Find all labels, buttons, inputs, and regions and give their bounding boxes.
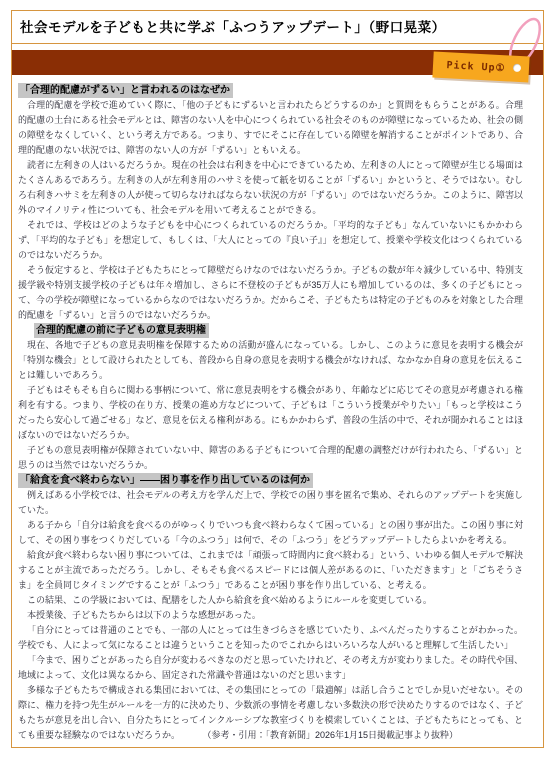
- paragraph: 給食が食べ終わらない困り事については、これまでは「頑張って時間内に食べ終わる」と…: [18, 548, 523, 593]
- paragraph: 現在、各地で子どもの意見表明権を保障するための活動が盛んになっている。しかし、こ…: [18, 338, 523, 383]
- paragraph: 例えばある小学校では、社会モデルの考え方を学んだ上で、学校での困り事を匿名で集め…: [18, 488, 523, 518]
- section-heading-row: 「給食を食べ終わらない」――困り事を作り出しているのは何か: [18, 473, 523, 488]
- section-heading: 「合理的配慮がずるい」と言われるのはなぜか: [18, 83, 233, 98]
- tag-hole-icon: [513, 64, 521, 72]
- citation: （参考・引用：「教育新聞」2026年1月15日掲載記事より抜粋）: [207, 730, 458, 740]
- paragraph: 子どもの意見表明権が保障されていない中、障害のある子どもについて合理的配慮の調整…: [18, 443, 523, 473]
- paragraph: 「自分にとっては普通のことでも、一部の人にとっては生きづらさを感じていたり、ふべ…: [18, 623, 523, 653]
- paragraph: この結果、この学級においては、配膳をした人から給食を食べ始めるようにルールを変更…: [18, 593, 523, 608]
- title-bar: 社会モデルを子どもと共に学ぶ「ふつうアップデート」（野口晃菜）: [12, 11, 543, 44]
- paragraph: ある子から「自分は給食を食べるのがゆっくりでいつも食べ終わらなくて困っている」と…: [18, 518, 523, 548]
- paragraph: 子どもはそもそも自らに関わる事柄について、常に意見表明をする機会があり、年齢など…: [18, 383, 523, 443]
- article-body: 「合理的配慮がずるい」と言われるのはなぜか 合理的配慮を学校で進めていく際に、「…: [12, 75, 543, 757]
- page-title: 社会モデルを子どもと共に学ぶ「ふつうアップデート」（野口晃菜）: [20, 19, 533, 37]
- section-heading: 合理的配慮の前に子どもの意見表明権: [34, 323, 209, 338]
- section-heading-row: 「合理的配慮がずるい」と言われるのはなぜか: [18, 83, 523, 98]
- paragraph: 「今まで、困りごとがあったら自分が変わるべきなのだと思っていたけれど、その考え方…: [18, 653, 523, 683]
- pickup-tag: Pick Up①: [432, 52, 529, 83]
- pickup-tag-label: Pick Up①: [446, 60, 516, 75]
- section-heading-row: 合理的配慮の前に子どもの意見表明権: [34, 323, 523, 338]
- paragraph: それでは、学校はどのような子どもを中心につくられているのだろうか。「平均的な子ど…: [18, 218, 523, 263]
- paragraph: 多様な子どもたちで構成される集団においては、その集団にとっての「最適解」は話し合…: [18, 683, 523, 743]
- paragraph: 合理的配慮を学校で進めていく際に、「他の子どもにずるいと言われたらどうするのか」…: [18, 98, 523, 158]
- content-frame: 社会モデルを子どもと共に学ぶ「ふつうアップデート」（野口晃菜） Pick Up①…: [11, 10, 544, 748]
- paragraph: 本授業後、子どもたちからは以下のような感想があった。: [18, 608, 523, 623]
- paragraph: そう仮定すると、学校は子どもたちにとって障壁だらけなのではないだろうか。子どもの…: [18, 263, 523, 323]
- section-heading: 「給食を食べ終わらない」――困り事を作り出しているのは何か: [18, 473, 313, 488]
- document-page: 社会モデルを子どもと共に学ぶ「ふつうアップデート」（野口晃菜） Pick Up①…: [0, 0, 554, 766]
- header-band: Pick Up①: [12, 50, 543, 75]
- paragraph: 読者に左利きの人はいるだろうか。現在の社会は右利きを中心にできているため、左利き…: [18, 158, 523, 218]
